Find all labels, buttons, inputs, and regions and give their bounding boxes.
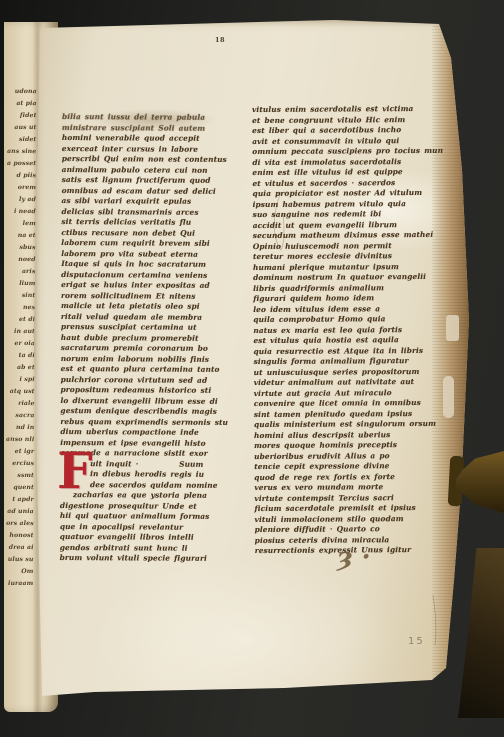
margin-fragment: at pia [6, 98, 37, 110]
manuscript-line: ut uniuscuiusque series propositorum [254, 366, 444, 378]
binding-corner [458, 548, 504, 718]
manuscript-line: sit terris delicias veritatis flu [61, 217, 241, 228]
margin-fragment: sidet [5, 134, 36, 146]
margin-fragment: lium [4, 278, 35, 290]
margin-fragment: nd in [3, 422, 34, 434]
margin-fragment: noed [5, 254, 36, 266]
manuscript-line: est et quanto plura certamina tanto [61, 364, 241, 375]
margin-fragment: anso nli [3, 434, 34, 446]
folio-number-top: 18 [215, 36, 225, 44]
manuscript-line: as sibi variari exquirit epulas [62, 196, 242, 207]
margin-fragment: udona [6, 86, 37, 98]
margin-fragment: ors ales [3, 518, 34, 530]
margin-fragment: ad unia [3, 506, 34, 518]
manuscript-line: ministrare suscipiant Soli autem [62, 122, 242, 133]
right-column-lines: vitulus enim sacerdotalis est victimaet … [252, 104, 445, 557]
margin-fragment: aris [4, 266, 35, 278]
margin-fragment: ssmt [3, 470, 34, 482]
manuscript-line: quia propiciator est noster Ad vitulum [253, 188, 443, 200]
margin-fragment: lem [5, 218, 36, 230]
text-column-left: bilia sunt iussu dei terra pabulaministr… [60, 112, 242, 564]
manuscript-line: dium uberius compactione inde [60, 427, 240, 438]
margin-fragment: na et [5, 230, 36, 242]
margin-fragment: sint [4, 290, 35, 302]
manuscript-line: gestum denique describendis magis [60, 406, 240, 417]
margin-fragment: Om [2, 566, 33, 578]
margin-fragment: i nead [5, 206, 36, 218]
manuscript-line: quia resurrectio est Atque ita in libris [253, 345, 443, 357]
manuscript-line: propositum redeamus historico sti [61, 385, 241, 396]
manuscript-line: satis est lignum fructiferum quod [62, 175, 242, 186]
pen-flourish: ȝ · [337, 542, 371, 572]
scratch-mark [433, 595, 436, 645]
manuscript-line: convenire que licet omnia in omnibus [254, 398, 444, 410]
margin-fragment: et igr [3, 446, 34, 458]
manuscript-line: omnium peccata suscipiens pro tocius mun [252, 146, 442, 158]
margin-fragment: orem [5, 182, 36, 194]
margin-fragment: d piis [5, 170, 36, 182]
margin-fragment: in aut [4, 326, 35, 338]
manuscript-photo: udonaat piafidetaus utsidetans sinea pos… [0, 0, 504, 737]
margin-fragment: et di [4, 314, 35, 326]
margin-fragment: honost [3, 530, 34, 542]
margin-fragment: ab et [4, 362, 35, 374]
margin-fragment: a posset [5, 158, 36, 170]
margin-fragment: sacra [3, 410, 34, 422]
manuscript-line: hii qui quatuor animalium formas [60, 511, 240, 522]
manuscript-line: quatuor evangelii libros intelli [60, 532, 240, 543]
manuscript-line: perscribi Qui enim non est contentus [62, 154, 242, 165]
manuscript-line: erigat se huius inter expositas ad [61, 280, 241, 291]
manuscript-line: qualis ministerium est singulorum orsum [254, 419, 444, 431]
manuscript-line: secundum matheum diximus esse mathei [253, 230, 443, 242]
margin-fragment: ta di [4, 350, 35, 362]
margin-fragment: atq ust [4, 386, 35, 398]
margin-fragment: iuraam [2, 578, 33, 590]
manuscript-line: malicie ut leta pietatis oleo spi [61, 301, 241, 312]
illuminated-initial: F [57, 446, 93, 496]
manuscript-line: dominum nostrum In quatuor evangelii [253, 272, 443, 284]
manuscript-line: brum volunt vituli specie figurari [60, 553, 240, 564]
margin-fragment: aus ut [5, 122, 36, 134]
margin-fragments-column: udonaat piafidetaus utsidetans sinea pos… [2, 86, 37, 590]
folio-number-bottom: 15 [408, 636, 425, 647]
text-column-right: vitulus enim sacerdotalis est victimaet … [252, 104, 445, 557]
margin-fragment: er oia [4, 338, 35, 350]
margin-fragment: ans sine [5, 146, 36, 158]
margin-fragment: ly ad [5, 194, 36, 206]
margin-fragment: nes [4, 302, 35, 314]
manuscript-line: prensus suscipiat certamina ut [61, 322, 241, 333]
margin-fragment: quent [3, 482, 34, 494]
margin-fragment: ulus su [2, 554, 33, 566]
margin-fragment: fidet [6, 110, 37, 122]
margin-fragment: t apdr [3, 494, 34, 506]
margin-fragment: drea ai [2, 542, 33, 554]
margin-fragment: i spi [4, 374, 35, 386]
manuscript-line: Itaque si quis in hoc sacratarum [61, 259, 241, 270]
margin-fragment: riale [3, 398, 34, 410]
manuscript-line: sacratarum premia coronarum bo [61, 343, 241, 354]
manuscript-line: laborem cum requirit brevem sibi [61, 238, 241, 249]
manuscript-line: homini venerabile quod accepit [62, 133, 242, 144]
manuscript-page: 18 bilia sunt iussu dei terra pabulamini… [34, 20, 470, 712]
margin-fragment: sbus [5, 242, 36, 254]
margin-fragment: ercius [3, 458, 34, 470]
